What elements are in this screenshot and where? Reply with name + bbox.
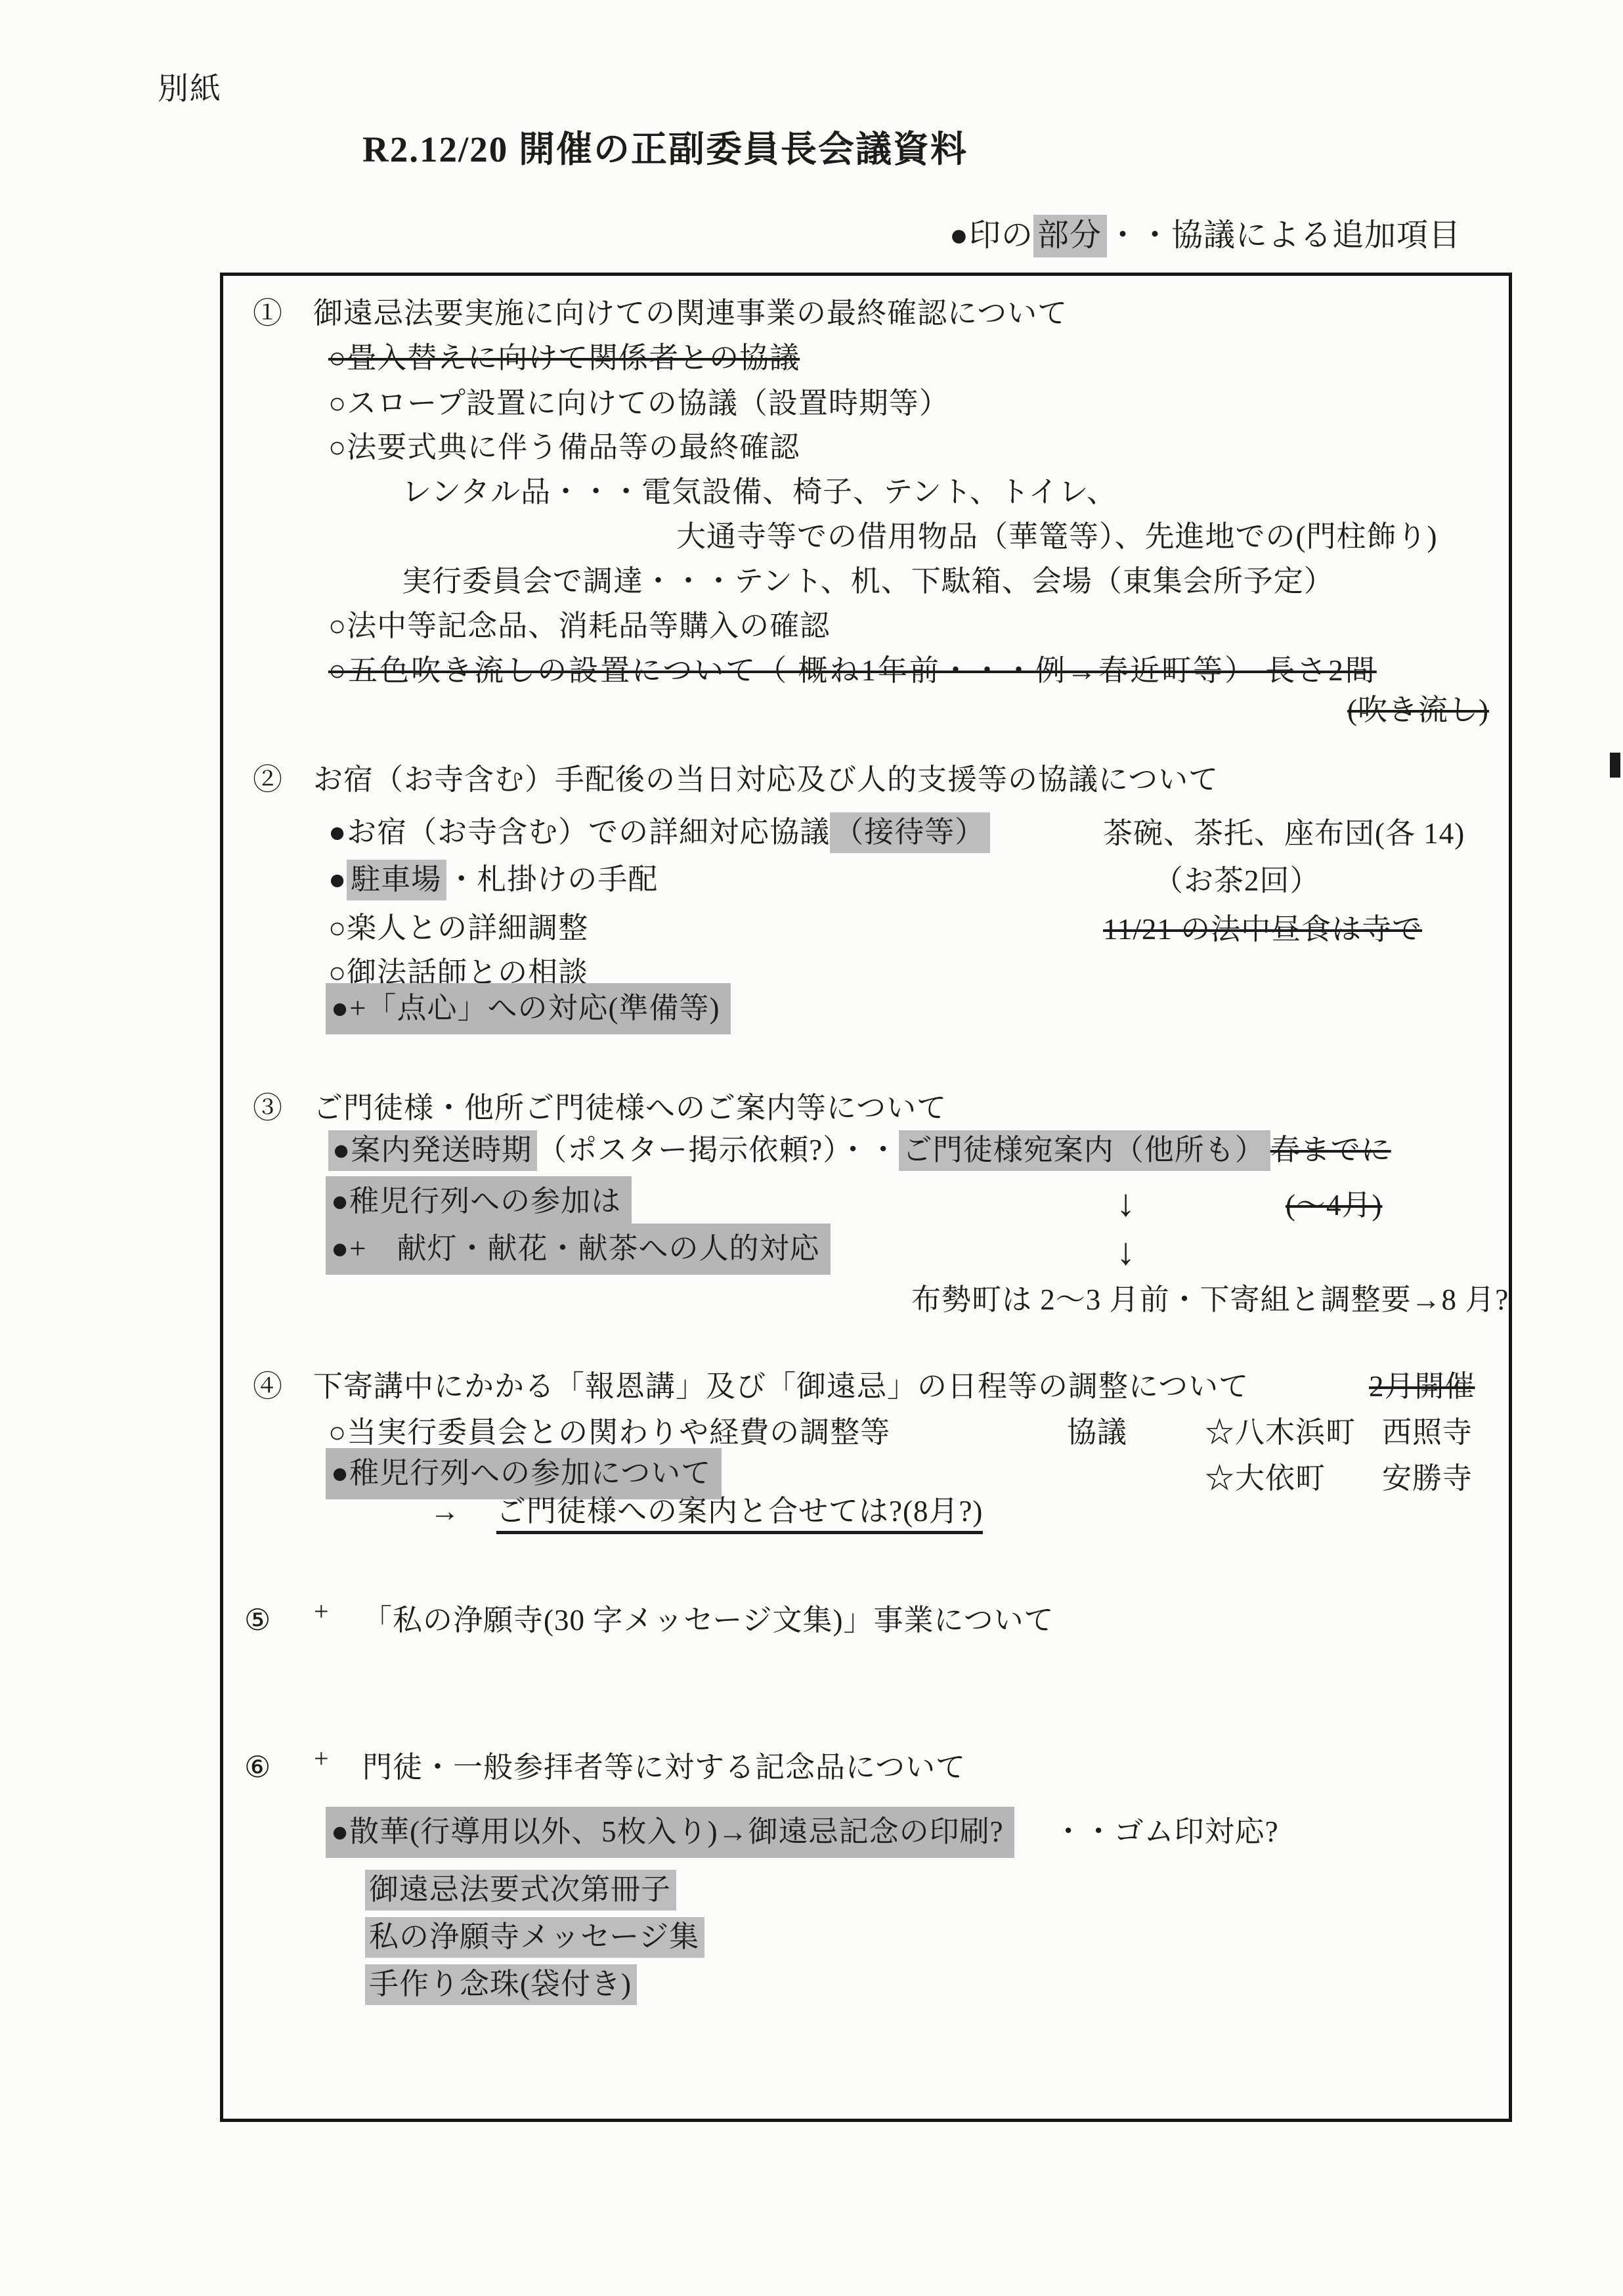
- section4-town1: ☆八木浜町: [1205, 1413, 1356, 1452]
- section1-item-fukinagashi-struck: ○五色吹き流しの設置について（ 概ね1年前・・・例→春近町等） 長さ2間: [328, 651, 1377, 690]
- section5-heading: 「私の浄願寺(30 字メッセージ文集)」事業について: [362, 1601, 1054, 1640]
- section6-item-nenju: 手作り念珠(袋付き): [365, 1965, 637, 2004]
- kento-highlight: ●+ 献灯・献花・献茶への人的対応: [326, 1224, 831, 1275]
- section2-item-tenshin: ●+「点心」への対応(準備等): [326, 989, 731, 1028]
- parking-bullet: ●: [328, 863, 347, 896]
- oyado-highlight: （接待等）: [830, 812, 990, 853]
- section1-jikko-line: 実行委員会で調達・・・テント、机、下駄箱、会場（東集会所予定）: [402, 562, 1334, 601]
- legend-highlight: 部分: [1033, 215, 1107, 257]
- section3-item-kento: ●+ 献灯・献花・献茶への人的対応: [326, 1229, 831, 1268]
- section1-item-bihin: ○法要式典に伴う備品等の最終確認: [328, 428, 800, 467]
- section1-daitsuji-line: 大通寺等での借用物品（華篭等）、先進地での(門柱飾り): [676, 518, 1437, 556]
- oyado-text: ●お宿（お寺含む）での詳細対応協議: [328, 816, 830, 849]
- legend-bullet-text: ●印の: [949, 218, 1033, 253]
- section3-heading: ③ ご門徒様・他所ご門徒様へのご案内等について: [253, 1089, 947, 1128]
- tenshin-highlight: ●+「点心」への対応(準備等): [326, 983, 731, 1034]
- annai-highlight-2: ご門徒様宛案内（他所も）: [899, 1130, 1270, 1171]
- section2-heading: ② お宿（お寺含む）手配後の当日対応及び人的支援等の協議について: [253, 761, 1219, 799]
- section3-item-annai: ●案内発送時期（ポスター掲示依頼?）・・ご門徒様宛案内（他所も）春までに: [328, 1131, 1391, 1170]
- section2-item-oyado: ●お宿（お寺含む）での詳細対応協議（接待等）: [328, 813, 990, 852]
- legend-rest: ・・協議による追加項目: [1107, 218, 1461, 253]
- sange-highlight: ●散華(行導用以外、5枚入り)→御遠忌記念の印刷?: [326, 1807, 1014, 1858]
- annai-hl1-text: 案内発送時期: [351, 1134, 532, 1166]
- section6-item-sange: ●散華(行導用以外、5枚入り)→御遠忌記念の印刷?・・ゴム印対応?: [326, 1813, 1279, 1851]
- section3-fuse-note: 布勢町は 2～3 月前・下寄組と調整要→8 月?: [911, 1281, 1509, 1319]
- section6-item-booklet: 御遠忌法要式次第冊子: [365, 1870, 676, 1909]
- page-title: R2.12/20 開催の正副委員長会議資料: [362, 126, 968, 173]
- section6-item-message: 私の浄願寺メッセージ集: [365, 1918, 704, 1956]
- right-arrow-icon: →: [430, 1495, 460, 1528]
- section3-april-struck: (～4月): [1286, 1186, 1382, 1225]
- message-highlight: 私の浄願寺メッセージ集: [365, 1917, 704, 1958]
- section4-town2: ☆大依町: [1205, 1459, 1326, 1498]
- section2-item-gakunin: ○楽人との詳細調整: [328, 909, 588, 948]
- section4-item-chigo: ●稚児行列への参加について: [326, 1454, 722, 1493]
- section2-oyado-note: 茶碗、茶托、座布団(各 14): [1103, 814, 1465, 853]
- annai-bullet: ●: [332, 1134, 351, 1166]
- parking-rest: ・札掛けの手配: [446, 863, 658, 896]
- section6-heading: 門徒・一般参拝者等に対する記念品について: [362, 1748, 966, 1787]
- scanned-document-page: { "doc": { "corner": "別紙", "title": "R2.…: [0, 0, 1623, 2296]
- chigo-highlight: ●稚児行列への参加は: [326, 1176, 632, 1227]
- section5-plus-mark: +: [314, 1595, 330, 1629]
- annai-spring-struck: 春までに: [1270, 1134, 1391, 1166]
- section4-kyogi-label: 協議: [1067, 1413, 1127, 1452]
- section1-rental-line: レンタル品・・・電気設備、椅子、テント、トイレ、: [402, 473, 1117, 512]
- annai-highlight-1: ●案内発送時期: [328, 1130, 537, 1171]
- section4-heading: ④ 下寄講中にかかる「報恩講」及び「御遠忌」の日程等の調整について: [253, 1367, 1249, 1406]
- parking-highlight: 駐車場: [347, 860, 446, 900]
- booklet-highlight: 御遠忌法要式次第冊子: [365, 1870, 676, 1910]
- down-arrow-icon: ↓: [1116, 1227, 1135, 1276]
- section1-item-tatami-struck: ○畳入替えに向けて関係者との協議: [328, 339, 800, 378]
- section2-parking-note: （お茶2回）: [1154, 862, 1320, 900]
- scan-artifact-mark: [1610, 753, 1620, 778]
- section1-heading: ① 御遠忌法要実施に向けての関連事業の最終確認について: [253, 294, 1068, 333]
- down-arrow-icon: ↓: [1116, 1178, 1135, 1227]
- nenju-highlight: 手作り念珠(袋付き): [365, 1964, 637, 2005]
- section3-item-chigo: ●稚児行列への参加は: [326, 1182, 632, 1221]
- section4-item-keihi: ○当実行委員会との関わりや経費の調整等: [328, 1413, 890, 1452]
- legend-line: ●印の部分・・協議による追加項目: [949, 215, 1461, 256]
- section6-number: ⑥: [244, 1748, 271, 1787]
- section4-temple1: 西照寺: [1382, 1413, 1473, 1452]
- section4-feb-struck: 2月開催: [1369, 1367, 1475, 1406]
- section1-item-kinen: ○法中等記念品、消耗品等購入の確認: [328, 607, 830, 646]
- section2-gakunin-note-struck: 11/21 の法中昼食は寺で: [1103, 910, 1422, 949]
- section4-merge-line: →ご門徒様への案内と合せては?(8月?): [430, 1492, 983, 1531]
- section5-number: ⑤: [244, 1601, 271, 1640]
- corner-label: 別紙: [158, 70, 222, 110]
- annai-mid-text: （ポスター掲示依頼?）・・: [537, 1134, 898, 1166]
- section4-temple2: 安勝寺: [1382, 1459, 1473, 1498]
- merge-underlined-text: ご門徒様への案内と合せては?(8月?): [496, 1495, 983, 1534]
- section1-fukinagashi-note-struck: (吹き流し): [1347, 691, 1489, 730]
- section1-item-slope: ○スロープ設置に向けての協議（設置時期等）: [328, 384, 949, 423]
- sange-rest-text: ・・ゴム印対応?: [1054, 1815, 1279, 1848]
- section2-item-parking: ●駐車場・札掛けの手配: [328, 860, 658, 899]
- section6-plus-mark: +: [314, 1742, 330, 1776]
